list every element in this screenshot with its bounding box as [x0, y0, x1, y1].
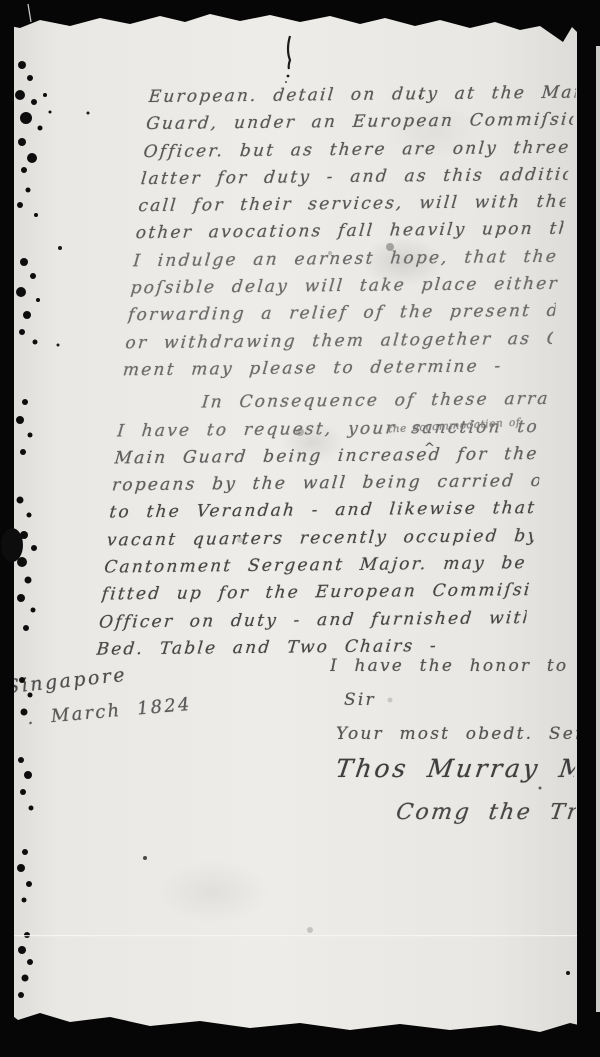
- signature-name: Thos Murray Majr: [334, 754, 577, 783]
- closing-line: I have the honor to be: [330, 656, 577, 676]
- letter-line: other avocations fall heavily upon th: [135, 216, 565, 248]
- letter-line: Guard, under an European Commiſsio: [145, 107, 575, 139]
- letter-line: Officer. but as there are only three of: [142, 134, 572, 166]
- scanned-page: { "page": { "kind": "scanned handwritten…: [0, 0, 600, 1057]
- insertion-caret-mark: ^: [424, 441, 437, 456]
- letter-line: forwarding a relief of the present de: [127, 298, 557, 330]
- letter-line: In Consequence of these arrange: [118, 386, 548, 418]
- signature-title: Comg the Troops: [394, 800, 577, 825]
- letter-line: ment may please to determine -: [122, 353, 552, 385]
- left-scan-edge: [0, 0, 14, 1057]
- letter-body: European. detail on duty at the Main Gua…: [95, 80, 577, 664]
- closing-line: Your most obedt. Ser: [336, 724, 577, 744]
- closing-salutation: Sir: [344, 690, 376, 710]
- letter-line: to the Verandah - and likewise that th: [108, 495, 538, 527]
- adjacent-page-sliver: [596, 46, 600, 1012]
- letter-line: Officer on duty - and furnished with a: [98, 605, 528, 637]
- right-scan-edge: [577, 0, 600, 1057]
- letter-line: fitted up for the European Commiſsio: [100, 577, 530, 609]
